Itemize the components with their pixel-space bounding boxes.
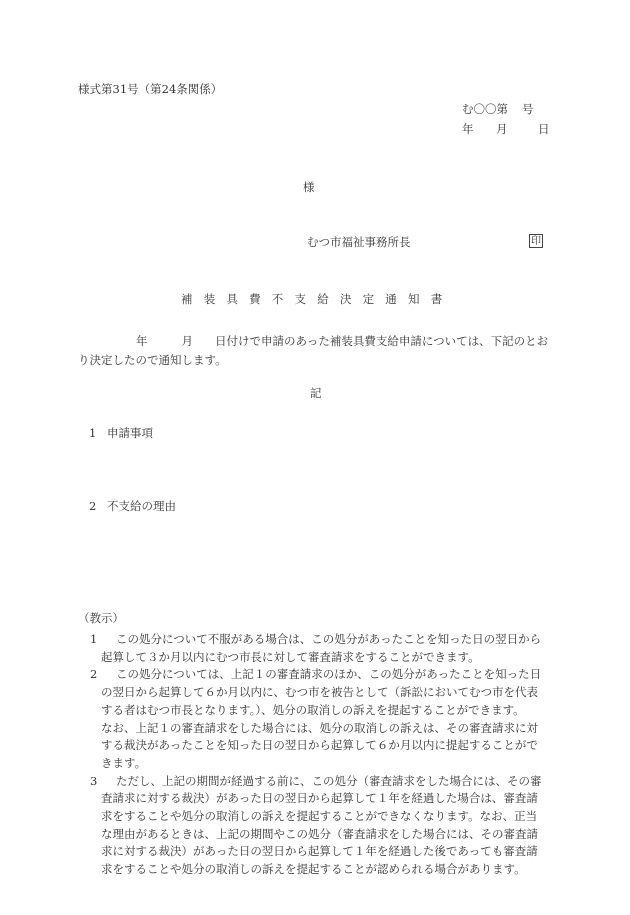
item-application-matter: 1申請事項	[89, 428, 153, 440]
notice-line: の翌日から起算して６か月以内に、むつ市を被告として（訴訟においてむつ市を代表	[101, 684, 560, 702]
issue-date: 年月日	[462, 124, 550, 136]
notice-line: きます。	[101, 755, 560, 773]
item-label: 申請事項	[107, 426, 153, 440]
notice-line: 求をすることや処分の取消しの訴えを提起することが認められる場合があります。	[101, 861, 560, 879]
notice-section: 1 この処分について不服がある場合は、この処分があったことを知った日の翌日から …	[90, 631, 560, 879]
body-paragraph: 年月日付けで申請のあった補装具費支給申請については、下記のとおり決定したので通知…	[78, 332, 550, 370]
item-number: 2	[89, 501, 107, 513]
reference-number: む〇〇第号	[462, 104, 534, 116]
body-month: 月	[182, 334, 194, 348]
notice-line: する者はむつ市長となります。）、処分の取消しの訴えを提起することができます。	[101, 702, 560, 720]
notice-heading: （教示）	[78, 613, 124, 625]
issuer-name: むつ市福祉事務所長	[307, 237, 411, 249]
ki-heading: 記	[310, 388, 322, 400]
notice-line: 求をすることや処分の取消しの訴えを提起することができなくなります。なお、正当	[101, 808, 560, 826]
document-title: 補装具費不支給決定通知書	[181, 294, 453, 306]
notice-line: ただし、上記の期間が経過する前に、この処分（審査請求をした場合には、その審	[101, 773, 560, 791]
item-label: 不支給の理由	[107, 499, 176, 513]
notice-line: この処分については、上記１の審査請求のほか、この処分があったことを知った日	[101, 666, 560, 684]
date-year: 年	[462, 124, 496, 136]
notice-line: する裁決があったことを知った日の翌日から起算して６か月以内に提起することがで	[101, 737, 560, 755]
date-day: 日	[538, 124, 550, 136]
notice-item-number: 3	[90, 773, 97, 791]
reference-prefix: む〇〇第	[462, 104, 522, 116]
item-number: 1	[89, 428, 107, 440]
notice-line: なお、上記１の審査請求をした場合には、処分の取消しの訴えは、その審査請求に対	[101, 720, 560, 738]
notice-item: 1 この処分について不服がある場合は、この処分があったことを知った日の翌日から …	[90, 631, 560, 666]
notice-line: な理由があるときは、上記の期間やこの処分（審査請求をした場合には、その審査請	[101, 826, 560, 844]
addressee-honorific: 様	[303, 182, 315, 194]
notice-line: 求に対する裁決）があった日の翌日から起算して１年を経過した後であっても審査請	[101, 843, 560, 861]
item-refusal-reason: 2不支給の理由	[89, 501, 176, 513]
form-number: 様式第31号（第24条関係）	[78, 84, 222, 96]
notice-line: 査請求に対する裁決）があった日の翌日から起算して１年を経過した場合は、審査請	[101, 790, 560, 808]
notice-line: この処分について不服がある場合は、この処分があったことを知った日の翌日から	[101, 631, 560, 649]
body-text: 日付けで申請のあった補装具費支給申請については、下記のとおり決定したので通知しま…	[78, 334, 548, 367]
notice-item-number: 2	[90, 666, 97, 684]
notice-item: 2 この処分については、上記１の審査請求のほか、この処分があったことを知った日 …	[90, 666, 560, 772]
date-month: 月	[496, 124, 538, 136]
notice-item-number: 1	[90, 631, 97, 649]
seal-icon: 印	[529, 234, 543, 248]
reference-go: 号	[522, 104, 534, 116]
notice-line: 起算して３か月以内にむつ市長に対して審査請求をすることができます。	[101, 649, 560, 667]
notice-item: 3 ただし、上記の期間が経過する前に、この処分（審査請求をした場合には、その審 …	[90, 773, 560, 879]
body-year: 年	[136, 334, 148, 348]
